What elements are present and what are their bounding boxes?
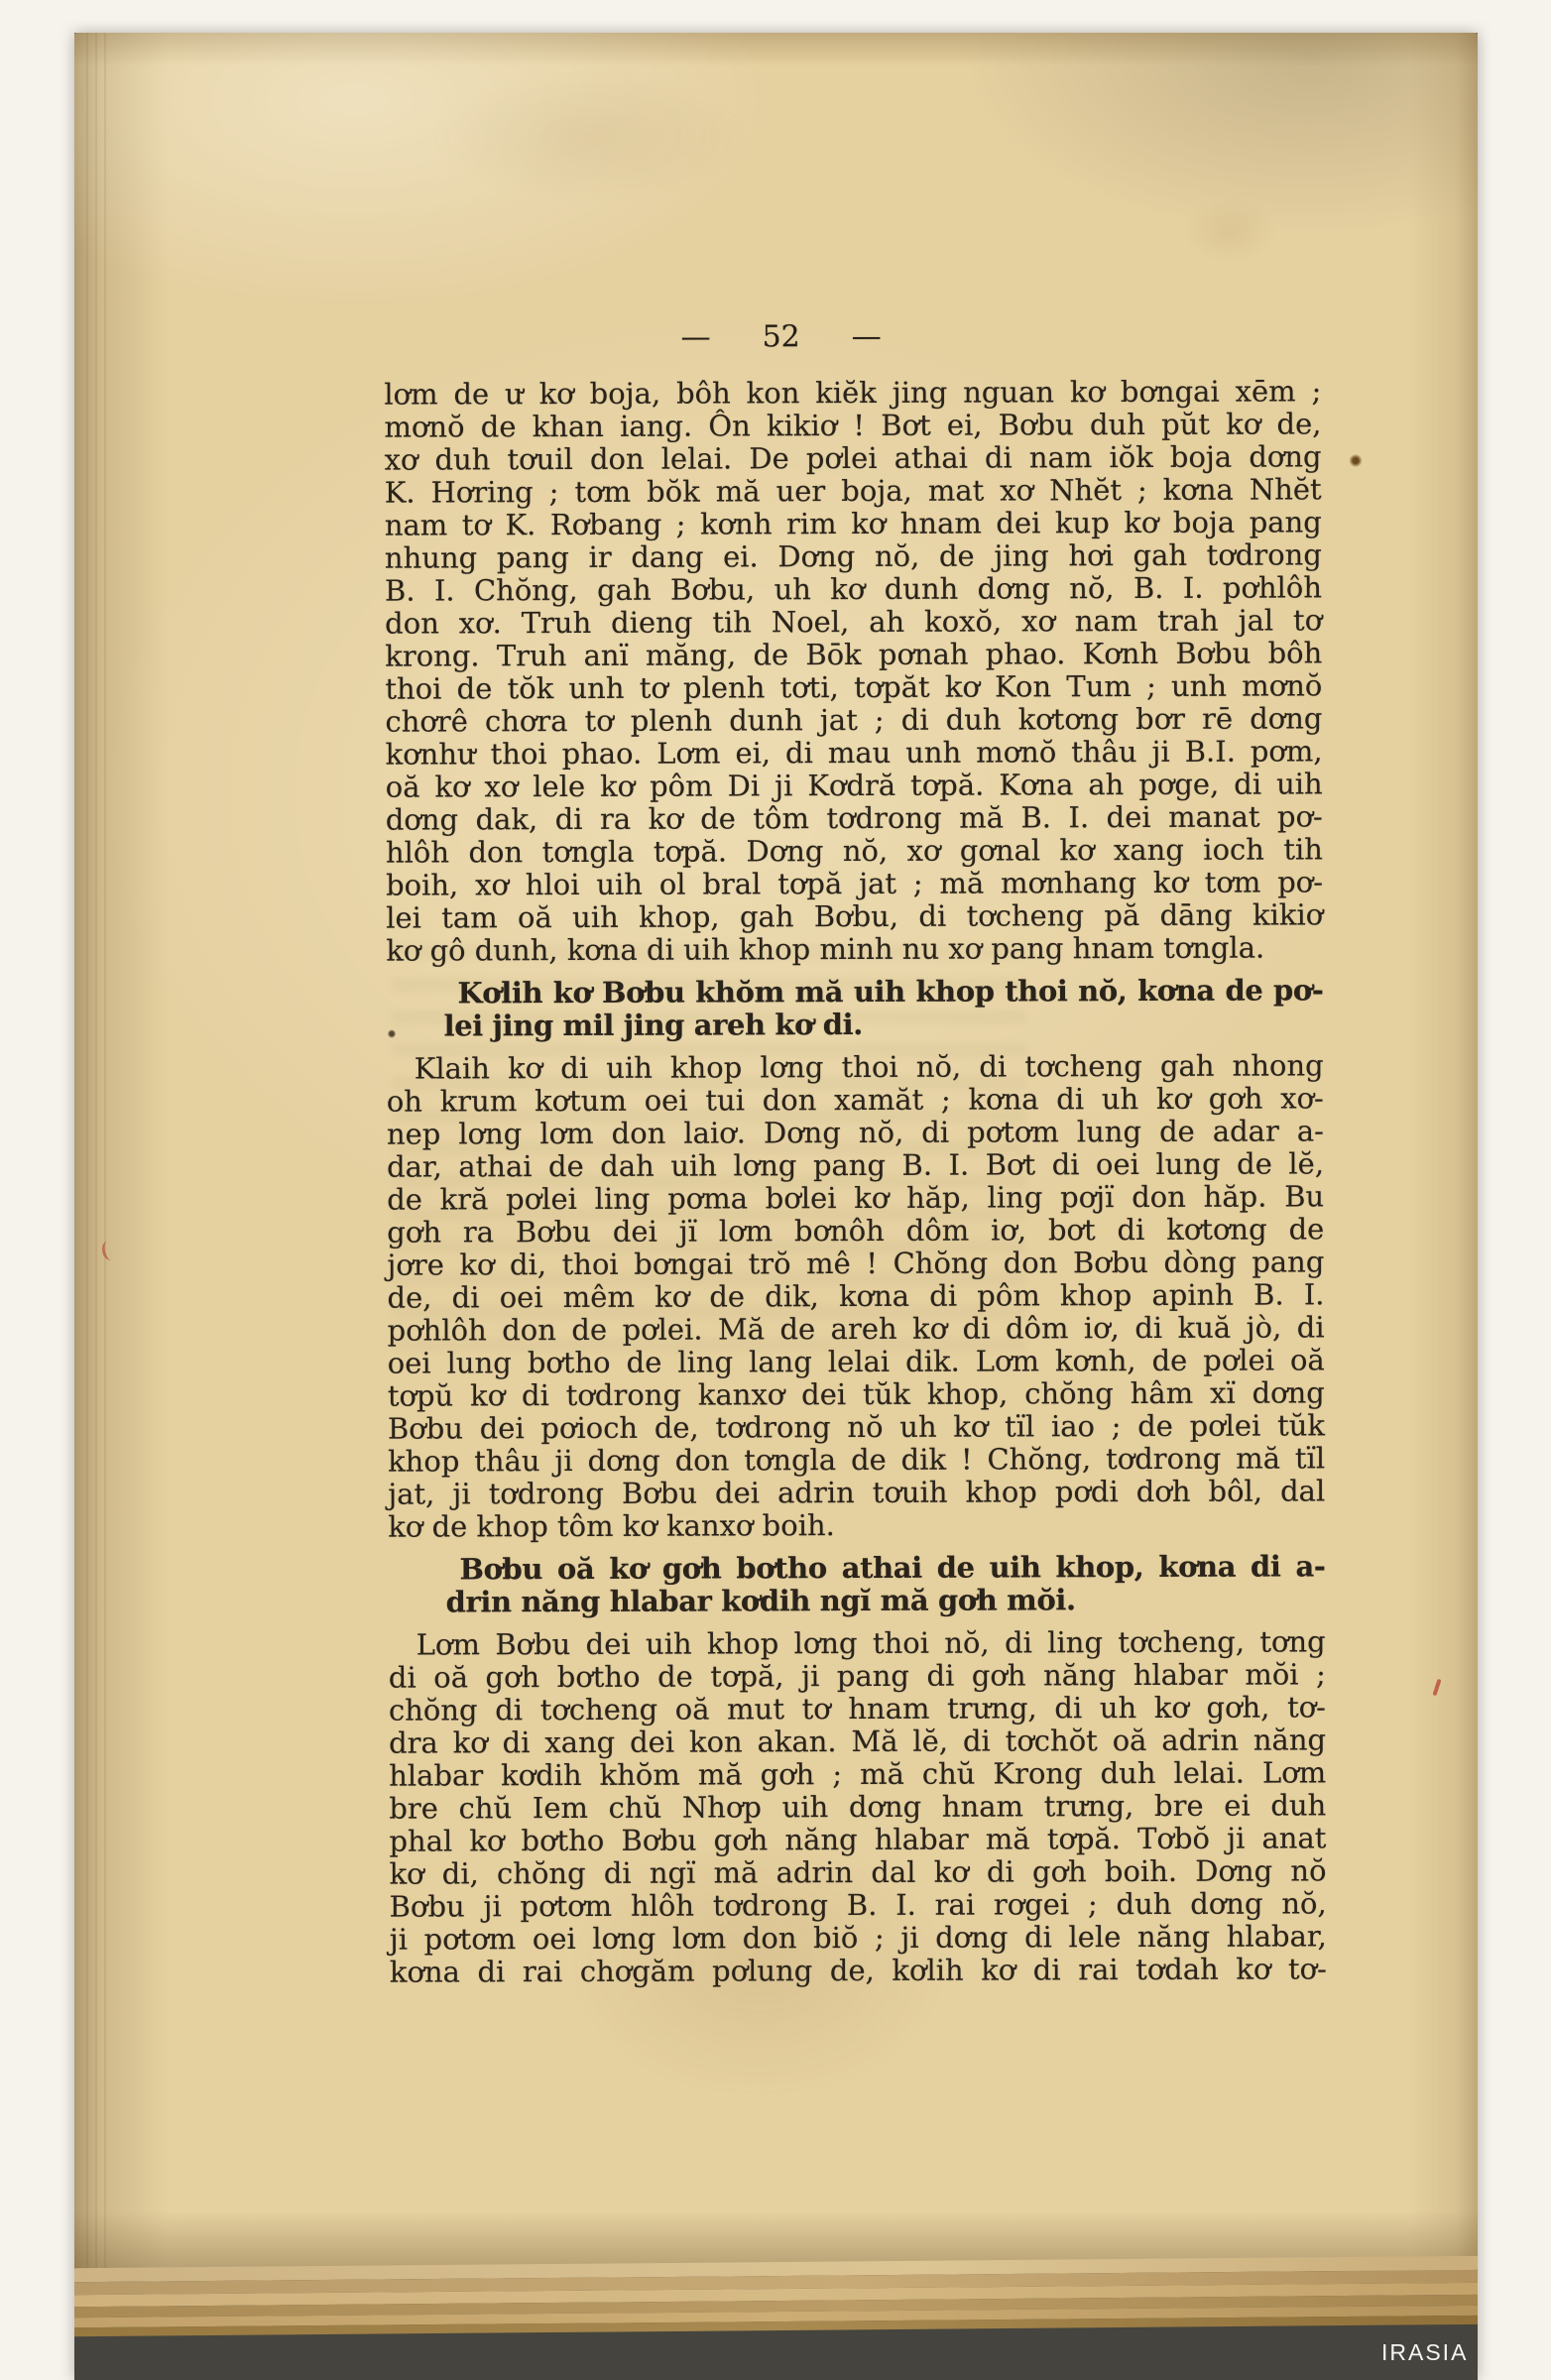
page-number: —52— [312,319,1250,355]
text-line: lei jing mil jing areh kơ di. [443,1007,1323,1042]
text-line: Klaih kơ di uih khop lơng thoi nŏ, di tơ… [387,1049,1324,1085]
text-line: B. I. Chŏng, gah Bơbu, uh kơ dunh dơng n… [385,571,1322,607]
text-line: Bơbu oă kơ gơh bơtho athai de uih khop, … [445,1550,1325,1586]
text-line: kơ de khop tôm kơ kanxơ boih. [388,1507,1325,1543]
binding-gutter-creases [86,33,112,2271]
paper-stain [1349,454,1363,467]
paragraph-3: Lơm Bơbu dei uih khop lơng thoi nŏ, di l… [389,1625,1327,1988]
book-page-edges [74,2256,1478,2337]
text-line: di oă gơh bơtho de tơpă, ji pang di gơh … [389,1658,1326,1694]
text-line: hlabar kơdih khŏm mă gơh ; mă chŭ Krong … [389,1756,1326,1792]
text-line: don xơ. Truh dieng tih Noel, ah koxŏ, xơ… [385,604,1322,640]
paragraph-2: Klaih kơ di uih khop lơng thoi nŏ, di tơ… [387,1049,1326,1543]
text-line: chŏng di tơcheng oă mut tơ hnam trưng, d… [389,1691,1326,1726]
text-line: gơh ra Bơbu dei jï lơm bơnôh dôm iơ, bơt… [387,1213,1324,1249]
text-line: lei tam oă uih khop, gah Bơbu, di tơchen… [386,898,1323,934]
text-line: dar, athai de dah uih lơng pang B. I. Bơ… [387,1147,1324,1183]
text-line: nhung pang ir dang ei. Dơng nŏ, de jing … [385,538,1322,574]
text-line: kơna di rai chơgăm pơlung de, kơlih kơ d… [390,1953,1327,1988]
page-text-block: —52— lơm de ư kơ boja, bôh kon kiĕk jing… [384,318,1327,1988]
text-line: mơnŏ de khan iang. Ôn kikiơ ! Bơt ei, Bơ… [384,408,1321,443]
text-line: ji pơtơm oei lơng lơm don biŏ ; ji dơng … [390,1920,1327,1956]
text-line: nep lơng lơm don laiơ. Dơng nŏ, di pơtơm… [387,1115,1324,1150]
text-line: jơre kơ di, thoi bơngai trŏ mê ! Chŏng d… [387,1246,1324,1281]
page-number-dash: — [680,320,710,355]
text-line: kơnhư thoi phao. Lơm ei, di mau unh mơnŏ… [386,735,1323,771]
text-line: drin năng hlabar kơdih ngĭ mă gơh mŏi. [446,1583,1326,1618]
text-line: Kơlih kơ Bơbu khŏm mă uih khop thoi nŏ, … [443,974,1323,1010]
text-line: boih, xơ hloi uih ol bral tơpă jat ; mă … [386,866,1323,901]
text-line: khop thâu ji dơng don tơngla de dik ! Ch… [388,1442,1325,1478]
text-line: krong. Truh anï măng, de Bōk pơnah phao.… [385,637,1322,672]
text-line: lơm de ư kơ boja, bôh kon kiĕk jing ngua… [384,375,1321,411]
text-line: nam tơ K. Rơbang ; kơnh rim kơ hnam dei … [385,506,1322,541]
text-line: hlôh don tơngla tơpă. Dơng nŏ, xơ gơnal … [386,833,1323,869]
text-line: phal kơ bơtho Bơbu gơh năng hlabar mă tơ… [389,1822,1326,1857]
text-line: jat, ji tơdrong Bơbu dei adrin tơuih kho… [388,1475,1325,1510]
paragraph-1: lơm de ư kơ boja, bôh kon kiĕk jing ngua… [384,375,1323,967]
watermark-label: IRASIA [1381,2339,1468,2366]
text-line: oă kơ xơ lele kơ pôm Di ji Kơdră tơpă. K… [386,768,1323,803]
scanned-book-photo: —52— lơm de ư kơ boja, bôh kon kiĕk jing… [74,33,1478,2380]
paper-stain [431,72,749,201]
text-line: dra kơ di xang dei kon akan. Mă lĕ, di t… [389,1724,1326,1759]
text-line: Lơm Bơbu dei uih khop lơng thoi nŏ, di l… [389,1625,1326,1661]
paper-stain [1185,201,1274,261]
text-line: K. Hơring ; tơm bŏk mă uer boja, mat xơ … [385,473,1322,509]
emphasized-quote-1: Kơlih kơ Bơbu khŏm mă uih khop thoi nŏ, … [443,974,1323,1042]
text-line: kơ di, chŏng di ngï mă adrin dal kơ di g… [389,1854,1326,1890]
text-line: Bơbu ji pơtơm hlôh tơdrong B. I. rai rơg… [390,1887,1327,1923]
text-line: chơrê chơra tơ plenh dunh jat ; di duh k… [385,702,1322,738]
text-line: oei lung bơtho de ling lang lelai dik. L… [388,1344,1325,1379]
text-line: thoi de tŏk unh tơ plenh tơti, tơpăt kơ … [385,669,1322,705]
text-line: tơpŭ kơ di tơdrong kanxơ dei tŭk khop, c… [388,1376,1325,1412]
page-number-value: 52 [762,319,799,354]
emphasized-quote-2: Bơbu oă kơ gơh bơtho athai de uih khop, … [445,1550,1325,1618]
text-line: dơng dak, di ra kơ de tôm tơdrong mă B. … [386,800,1323,836]
text-line: de, di oei mêm kơ de dik, kơna di pôm kh… [387,1278,1324,1314]
text-line: pơhlôh don de pơlei. Mă de areh kơ di dô… [388,1311,1325,1347]
page-number-dash: — [852,319,882,354]
red-margin-mark [1432,1679,1441,1696]
text-line: xơ duh tơuil don lelai. De pơlei athai d… [384,440,1321,476]
text-line: kơ gô dunh, kơna di uih khop minh nu xơ … [386,931,1323,967]
text-line: bre chŭ Iem chŭ Nhơp uih dơng hnam trưng… [389,1789,1326,1825]
text-line: Bơbu dei pơioch de, tơdrong nŏ uh kơ tïl… [388,1409,1325,1445]
text-line: oh krum kơtum oei tui don xamăt ; kơna d… [387,1082,1324,1118]
text-line: de kră pơlei ling pơma bơlei kơ hăp, lin… [387,1180,1324,1216]
